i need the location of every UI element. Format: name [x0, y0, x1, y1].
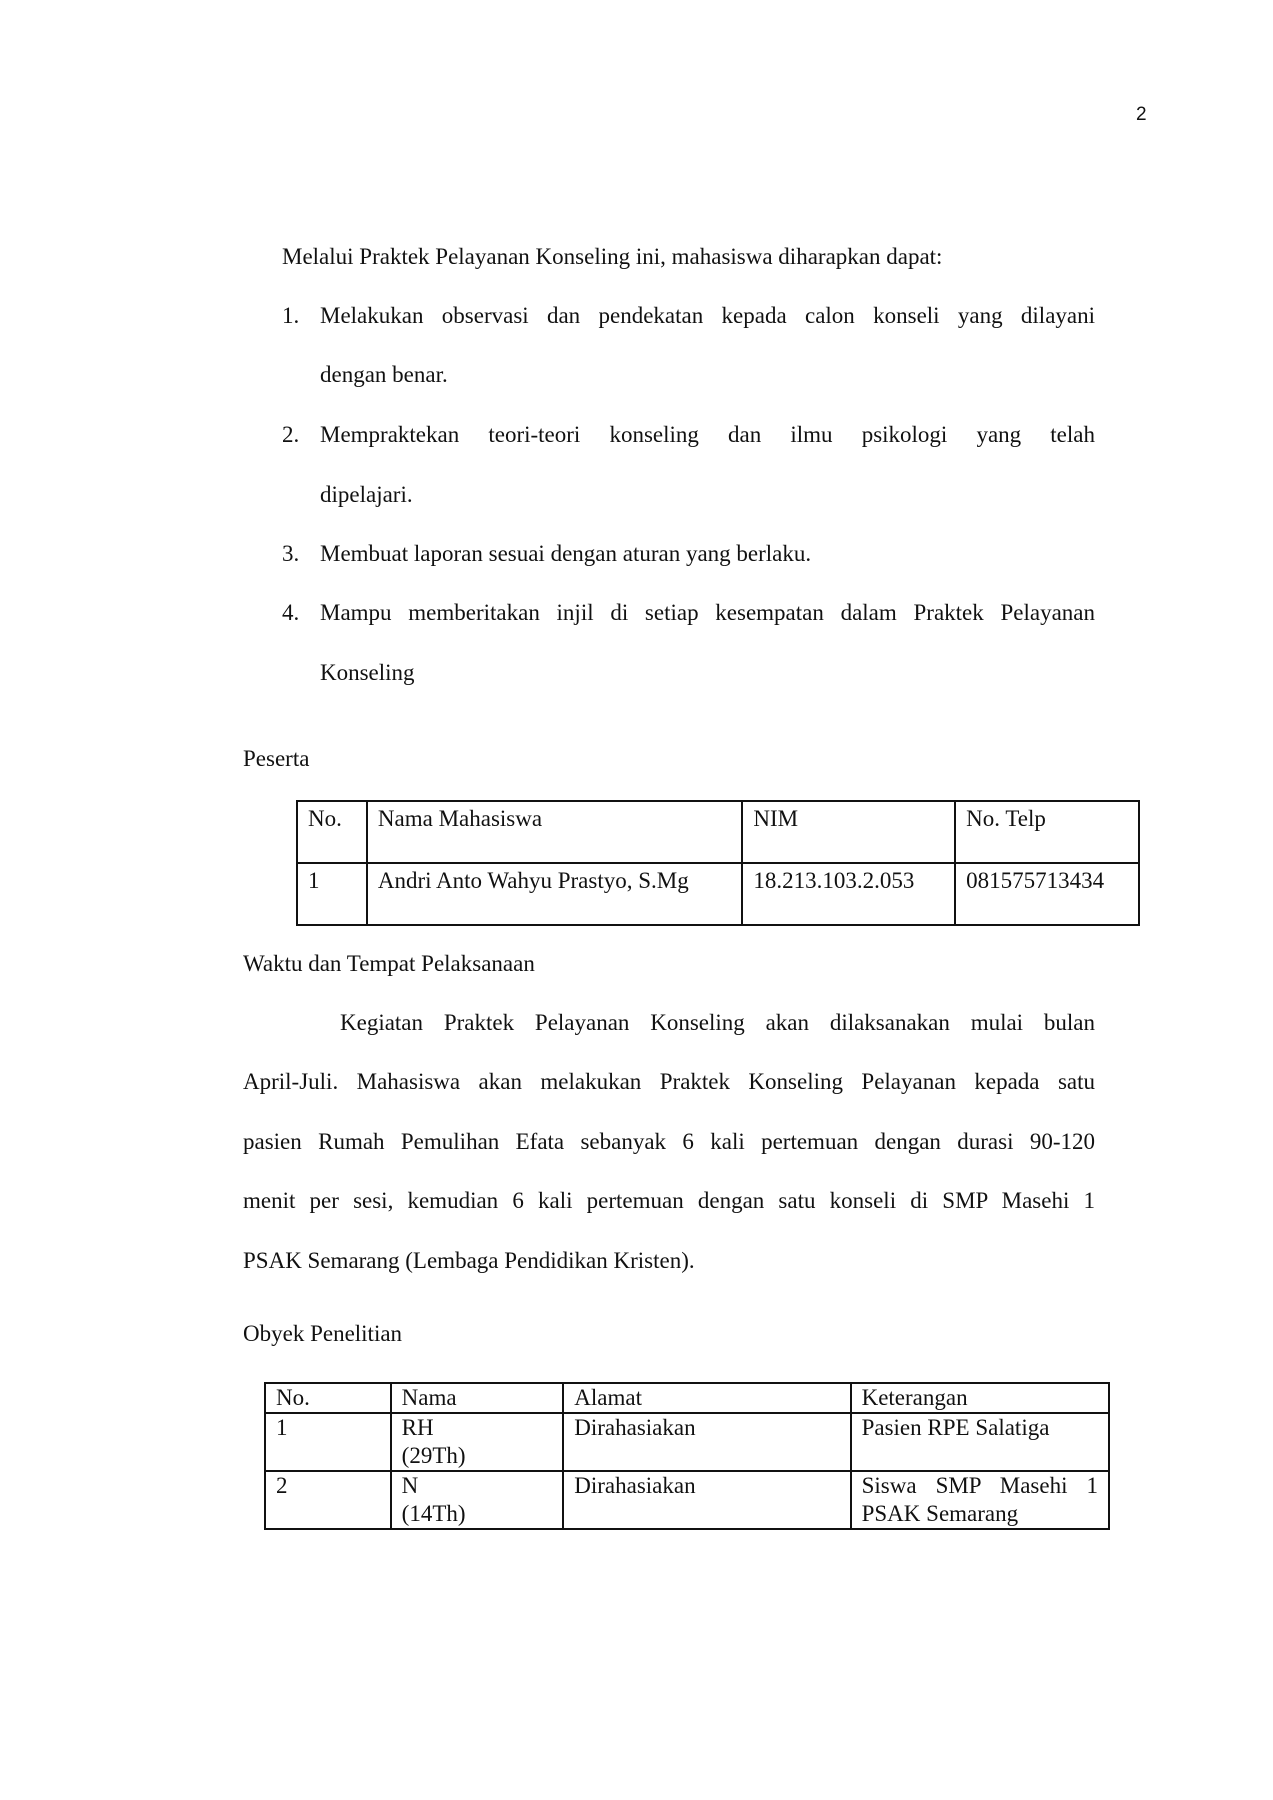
goal-text: Mampu memberitakan injil di setiap kesem… — [320, 600, 1095, 626]
cell-telp: 081575713434 — [955, 863, 1139, 925]
goal-number: 3. — [282, 541, 299, 567]
cell-alamat: Dirahasiakan — [563, 1471, 850, 1529]
paragraph-line: pasien Rumah Pemulihan Efata sebanyak 6 … — [243, 1129, 1095, 1155]
cell-no: 1 — [265, 1413, 391, 1471]
header-cell: Alamat — [563, 1383, 850, 1413]
usia-value: (14Th) — [402, 1500, 553, 1528]
cell-no: 1 — [297, 863, 367, 925]
paragraph-line: April-Juli. Mahasiswa akan melakukan Pra… — [243, 1069, 1095, 1095]
peserta-heading: Peserta — [243, 746, 309, 772]
waktu-heading: Waktu dan Tempat Pelaksanaan — [243, 951, 535, 977]
keterangan-line: Siswa SMP Masehi 1 — [862, 1472, 1098, 1500]
table-row: 1 Andri Anto Wahyu Prastyo, S.Mg 18.213.… — [297, 863, 1139, 925]
peserta-table: No. Nama Mahasiswa NIM No. Telp 1 Andri … — [296, 800, 1140, 926]
header-cell: NIM — [742, 801, 955, 863]
table-header-row: No. Nama Alamat Keterangan — [265, 1383, 1109, 1413]
paragraph-line: PSAK Semarang (Lembaga Pendidikan Kriste… — [243, 1248, 695, 1274]
obyek-heading: Obyek Penelitian — [243, 1321, 402, 1347]
nama-value: N — [402, 1472, 553, 1500]
goal-text: Membuat laporan sesuai dengan aturan yan… — [320, 541, 811, 567]
header-cell: No. — [265, 1383, 391, 1413]
header-cell: No. — [297, 801, 367, 863]
cell-nama: RH (29Th) — [391, 1413, 564, 1471]
header-cell: Nama Mahasiswa — [367, 801, 742, 863]
cell-nama: N (14Th) — [391, 1471, 564, 1529]
goal-text: Melakukan observasi dan pendekatan kepad… — [320, 303, 1095, 329]
page-number: 2 — [1136, 104, 1147, 126]
cell-keterangan: Pasien RPE Salatiga — [851, 1413, 1109, 1471]
table-header-row: No. Nama Mahasiswa NIM No. Telp — [297, 801, 1139, 863]
goal-number: 1. — [282, 303, 299, 329]
goal-text: Mempraktekan teori-teori konseling dan i… — [320, 422, 1095, 448]
nama-value: RH — [402, 1414, 553, 1442]
cell-alamat: Dirahasiakan — [563, 1413, 850, 1471]
goal-number: 2. — [282, 422, 299, 448]
paragraph-line: Kegiatan Praktek Pelayanan Konseling aka… — [340, 1010, 1095, 1036]
goal-text-cont: Konseling — [320, 660, 415, 686]
paragraph-line: menit per sesi, kemudian 6 kali pertemua… — [243, 1188, 1095, 1214]
goal-number: 4. — [282, 600, 299, 626]
header-cell: No. Telp — [955, 801, 1139, 863]
header-cell: Nama — [391, 1383, 564, 1413]
cell-nama: Andri Anto Wahyu Prastyo, S.Mg — [367, 863, 742, 925]
goal-text-cont: dengan benar. — [320, 362, 448, 388]
table-row: 1 RH (29Th) Dirahasiakan Pasien RPE Sala… — [265, 1413, 1109, 1471]
obyek-table: No. Nama Alamat Keterangan 1 RH (29Th) D… — [264, 1382, 1110, 1530]
header-cell: Keterangan — [851, 1383, 1109, 1413]
keterangan-line: Pasien RPE Salatiga — [862, 1414, 1098, 1442]
keterangan-line: PSAK Semarang — [862, 1500, 1098, 1528]
cell-keterangan: Siswa SMP Masehi 1 PSAK Semarang — [851, 1471, 1109, 1529]
cell-nim: 18.213.103.2.053 — [742, 863, 955, 925]
table-row: 2 N (14Th) Dirahasiakan Siswa SMP Masehi… — [265, 1471, 1109, 1529]
intro-text: Melalui Praktek Pelayanan Konseling ini,… — [282, 244, 942, 270]
cell-no: 2 — [265, 1471, 391, 1529]
usia-value: (29Th) — [402, 1442, 553, 1470]
goal-text-cont: dipelajari. — [320, 482, 413, 508]
